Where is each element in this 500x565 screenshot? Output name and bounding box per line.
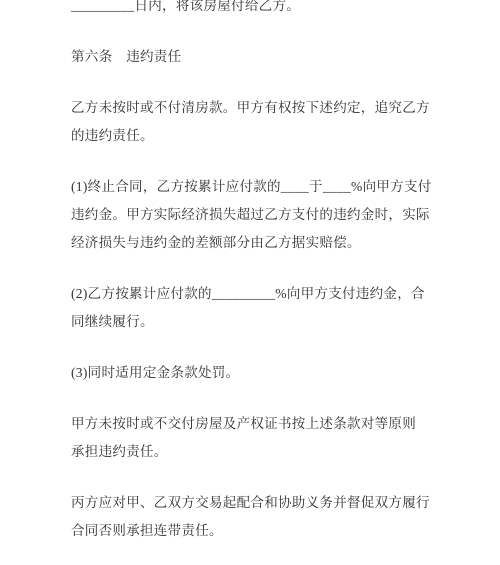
clause-breach-intro: 乙方未按时或不付清房款。甲方有权按下述约定，追究乙方 的违约责任。 <box>71 94 471 150</box>
clause-top-partial-line: _________日内，将该房屋付给乙方。 <box>71 0 471 20</box>
clause-item-3-deposit-penalty: (3)同时适用定金条款处罚。 <box>71 359 471 387</box>
clause-party-a-liability: 甲方未按时或不交付房屋及产权证书按上述条款对等原则 承担违约责任。 <box>71 410 471 466</box>
contract-body: _________日内，将该房屋付给乙方。 第六条 违约责任 乙方未按时或不付清… <box>71 0 471 565</box>
clause-item-1-termination: (1)终止合同，乙方按累计应付款的____于____%向甲方支付 违约金。甲方实… <box>71 173 471 257</box>
clause-party-c-obligation: 丙方应对甲、乙双方交易起配合和协助义务并督促双方履行 合同否则承担连带责任。 <box>71 489 471 545</box>
contract-document-page: _________日内，将该房屋付给乙方。 第六条 违约责任 乙方未按时或不付清… <box>0 0 500 565</box>
section-heading: 第六条 违约责任 <box>71 43 471 71</box>
clause-item-2-continue-performance: (2)乙方按累计应付款的_________%向甲方支付违约金，合 同继续履行。 <box>71 280 471 336</box>
